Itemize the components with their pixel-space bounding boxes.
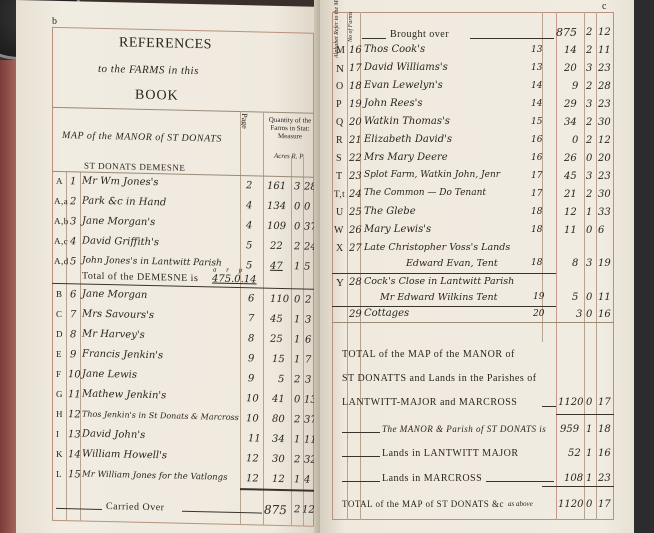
- total-line-2: ST DONATTS and Lands in the Parishes of: [342, 374, 537, 384]
- breakdown-label: Lands in MARCROSS: [382, 474, 482, 484]
- farm-no: 18: [349, 82, 362, 92]
- ref: A: [56, 177, 63, 186]
- farm-no: 6: [70, 290, 76, 300]
- roods: 2: [294, 242, 300, 252]
- farm-name: Evan Lewelyn's: [364, 81, 443, 91]
- farm-no: 8: [70, 330, 76, 340]
- roods: 3: [294, 182, 300, 192]
- ref: Y: [336, 278, 344, 289]
- page-no: 18: [531, 259, 542, 268]
- roods: 2: [586, 82, 592, 92]
- farm-no: 14: [68, 450, 81, 460]
- acres: 80: [272, 415, 285, 425]
- grand-total-roods: 0: [586, 500, 592, 510]
- farm-name: Thos Cook's: [364, 45, 425, 55]
- farm-name: Mrs Savours's: [82, 309, 154, 321]
- page-no: 11: [248, 434, 261, 444]
- acres: 52: [568, 449, 581, 459]
- farm-no: 19: [349, 100, 362, 110]
- farm-no: 21: [349, 136, 362, 146]
- acres: 161: [267, 182, 286, 192]
- acres: 959: [560, 425, 579, 435]
- grand-total-acres: 1120: [558, 500, 583, 510]
- roods: 1: [294, 435, 300, 445]
- ref: K: [56, 450, 63, 459]
- page-no: 20: [533, 310, 544, 319]
- page-no: 10: [246, 414, 259, 424]
- acres: 12: [272, 475, 285, 485]
- farm-name: David John's: [82, 429, 145, 440]
- ref: G: [56, 390, 63, 399]
- acres: 9: [572, 82, 578, 92]
- col-rule: [347, 12, 348, 520]
- brought-over-perches: 12: [598, 28, 611, 38]
- page-no: 19: [533, 293, 544, 302]
- farm-no: 11: [68, 390, 81, 400]
- page-no: 2: [246, 181, 252, 191]
- ref: O: [336, 82, 344, 92]
- page-no: 10: [246, 394, 259, 404]
- farm-name: William Howell's: [82, 449, 167, 461]
- farm-name: Mary Lewis's: [364, 225, 431, 235]
- perches: 5: [304, 263, 310, 273]
- ref: A,d: [54, 257, 69, 266]
- farm-no: 28: [349, 278, 362, 288]
- acres: 5: [278, 375, 284, 385]
- roods: 2: [294, 375, 300, 385]
- farm-name-line1: Late Christopher Voss's Lands: [364, 243, 510, 253]
- acres: 5: [572, 293, 578, 303]
- acres: 20: [564, 64, 577, 74]
- acres: 30: [272, 455, 285, 465]
- table-row: K 14 William Howell's 12 30 2 32: [16, 0, 320, 7]
- page-no: 16: [531, 136, 542, 145]
- dark-background: [632, 0, 654, 533]
- ref: M: [336, 46, 345, 56]
- roods: 2: [586, 190, 592, 200]
- page-no: 6: [248, 294, 254, 304]
- demesne-row: A 1 Mr Wm Jones's 2 161 3 28: [16, 0, 320, 7]
- table-row: L 15 Mr William Jones for the Vatlongs 1…: [16, 0, 320, 7]
- page-no: 4: [246, 201, 252, 211]
- table-row: D 8 Mr Harvey's 8 25 1 6: [16, 0, 320, 7]
- roods: 1: [294, 335, 300, 345]
- col-rule: [291, 156, 292, 526]
- breakdown-label: Lands in LANTWITT MAJOR: [382, 449, 519, 459]
- ref: N: [336, 64, 344, 75]
- divider: [332, 322, 614, 323]
- farm-no: 23: [349, 172, 362, 182]
- perches: 19: [598, 259, 611, 269]
- ref: U: [336, 208, 344, 218]
- carried-over-label: Carried Over: [106, 502, 164, 513]
- roods: 0: [294, 202, 300, 212]
- farm-name: Francis Jenkin's: [82, 349, 163, 361]
- col-rule: [556, 12, 557, 520]
- farm-no: 16: [349, 46, 362, 56]
- perches: 16: [598, 310, 611, 320]
- acres: 108: [564, 474, 583, 484]
- ref: H: [56, 410, 63, 419]
- ref: A,a: [54, 197, 68, 206]
- farm-no: 4: [70, 237, 76, 247]
- ref: T,t: [334, 190, 345, 199]
- acres: 25: [270, 335, 283, 345]
- grand-total-note: as above: [508, 501, 533, 508]
- farm-name: John Rees's: [364, 99, 422, 109]
- page-no: 17: [531, 172, 542, 181]
- perches: 3: [305, 376, 311, 386]
- perches: 20: [598, 154, 611, 164]
- total-line-1: TOTAL of the MAP of the MANOR of: [342, 350, 515, 360]
- acres: 134: [267, 202, 286, 212]
- acres: 47: [270, 262, 283, 272]
- ref: P: [336, 100, 342, 110]
- col-units-header: Acres R. P.: [274, 153, 304, 161]
- acres: 41: [272, 395, 285, 405]
- roods: 1: [586, 425, 592, 435]
- acres: 8: [572, 259, 578, 269]
- acres: 29: [564, 100, 577, 110]
- roods: 0: [586, 310, 592, 320]
- farm-no: 10: [68, 370, 81, 380]
- ref: C: [56, 310, 63, 319]
- perches: 23: [598, 100, 611, 110]
- perches: 28: [598, 82, 611, 92]
- roods: 2: [586, 118, 592, 128]
- roods: 1: [294, 262, 300, 272]
- ref: B: [56, 290, 63, 299]
- col-rule: [240, 111, 241, 525]
- col-quantity-header: Quantity of the Farms in Stat: Measure: [264, 116, 316, 141]
- farm-no: 20: [349, 118, 362, 128]
- grand-total-label: TOTAL of the MAP of ST DONATS &c: [342, 500, 504, 509]
- roods: 0: [294, 295, 300, 305]
- perches: 0: [304, 203, 310, 213]
- acres: 11: [564, 226, 577, 236]
- roods: 0: [294, 395, 300, 405]
- divider: [556, 414, 614, 415]
- perches: 11: [598, 46, 611, 56]
- roods: 0: [586, 226, 592, 236]
- divider: [542, 486, 614, 487]
- farm-name: Mathew Jenkin's: [82, 389, 166, 401]
- farm-name: Jane Morgan's: [82, 216, 155, 228]
- brought-over-roods: 2: [586, 28, 592, 38]
- ref: A,b: [54, 217, 69, 226]
- page-no: 5: [246, 261, 252, 271]
- total-line-3: LANTWITT-MAJOR and MARCROSS: [342, 398, 517, 408]
- page-letter: c: [602, 2, 606, 12]
- perches: 23: [598, 64, 611, 74]
- farm-no: 22: [349, 154, 362, 164]
- demesne-total-value: 475.0.14: [212, 274, 257, 285]
- acres: 34: [564, 118, 577, 128]
- roods: 1: [586, 208, 592, 218]
- farm-name: Mr Harvey's: [82, 329, 145, 340]
- perches: 2: [305, 296, 311, 306]
- table-row: E 9 Francis Jenkin's 9 15 1 7: [16, 0, 320, 7]
- acres: 45: [564, 172, 577, 182]
- page-no: 9: [248, 354, 254, 364]
- perches: 6: [305, 336, 311, 346]
- perches: 3: [305, 316, 311, 326]
- acres: 15: [272, 355, 285, 365]
- farm-no: 26: [349, 226, 362, 236]
- page-no: 13: [531, 46, 542, 55]
- farm-no: 1: [70, 177, 76, 187]
- page-no: 18: [531, 226, 542, 235]
- acres: 110: [270, 295, 289, 305]
- demesne-row: A,a 2 Park &c in Hand 4 134 0 0: [16, 0, 320, 7]
- page-no: 4: [246, 221, 252, 231]
- farm-no: 3: [70, 217, 76, 227]
- divider: [332, 273, 556, 274]
- roods: 0: [586, 293, 592, 303]
- acres: 12: [564, 208, 577, 218]
- table-row: I 13 David John's 11 34 1 11: [16, 0, 320, 7]
- farm-name: Park &c in Hand: [82, 196, 166, 208]
- farm-name: Watkin Thomas's: [364, 117, 450, 127]
- grand-total-perches: 17: [598, 500, 611, 510]
- acres: 45: [270, 315, 283, 325]
- perches: 11: [598, 293, 611, 303]
- page-no: 14: [531, 82, 542, 91]
- ref: W: [334, 226, 344, 236]
- farm-no: 5: [70, 257, 76, 267]
- carried-over-roods: 2: [294, 505, 300, 515]
- farm-no: 7: [70, 310, 76, 320]
- farm-no: 2: [70, 197, 76, 207]
- page-no: 8: [248, 334, 254, 344]
- demesne-row: A,b 3 Jane Morgan's 4 109 0 37: [16, 0, 320, 7]
- perches: 6: [598, 226, 604, 236]
- roods: 3: [586, 259, 592, 269]
- page-no: 13: [531, 64, 542, 73]
- farm-no: 9: [70, 350, 76, 360]
- farm-name: David Williams's: [364, 63, 448, 73]
- roods: 2: [294, 415, 300, 425]
- col-rule: [584, 12, 585, 520]
- page-no: 12: [246, 474, 259, 484]
- page-no: 16: [531, 154, 542, 163]
- col-page-header: Page: [240, 113, 248, 129]
- total-acres: 1120: [558, 398, 583, 408]
- perches: 16: [598, 449, 611, 459]
- total-roods: 0: [586, 398, 592, 408]
- ref: D: [56, 330, 63, 339]
- acres: 22: [270, 242, 283, 252]
- ref: S: [336, 154, 342, 164]
- leader-line: [342, 432, 380, 433]
- farm-no: 29: [349, 310, 362, 320]
- farm-name: Jane Morgan: [82, 289, 147, 300]
- ref: A,c: [54, 237, 68, 246]
- leader-line: [342, 481, 380, 482]
- page-no: 12: [246, 454, 259, 464]
- farm-name: Jane Lewis: [82, 369, 137, 380]
- left-page: b REFERENCES to the FARMS in this BOOK M…: [16, 0, 320, 533]
- perches: 4: [304, 476, 310, 486]
- carried-over-acres: 875: [264, 504, 287, 517]
- farm-name-line2: Mr Edward Wilkins Tent: [380, 293, 497, 303]
- roods: 1: [294, 355, 300, 365]
- roods: 3: [586, 172, 592, 182]
- acres: 14: [564, 46, 577, 56]
- perches: 30: [598, 118, 611, 128]
- perches: 18: [598, 425, 611, 435]
- farm-name: Elizabeth David's: [364, 135, 452, 145]
- brought-over-label: Brought over: [390, 30, 449, 40]
- ref: F: [56, 370, 62, 379]
- ref: E: [56, 350, 62, 359]
- table-row: F 10 Jane Lewis 9 5 2 3: [16, 0, 320, 7]
- roods: 3: [586, 64, 592, 74]
- farm-no: 12: [68, 410, 81, 420]
- roods: 3: [586, 100, 592, 110]
- acres: 3: [576, 310, 582, 320]
- ref: R: [336, 136, 343, 146]
- ref: L: [56, 470, 62, 479]
- page-no: 7: [248, 314, 254, 324]
- farm-no: 17: [349, 64, 362, 74]
- leader-line: [470, 38, 554, 39]
- table-row: B 6 Jane Morgan 6 110 0 2: [16, 0, 320, 7]
- page-no: 5: [246, 241, 252, 251]
- acres: 0: [572, 136, 578, 146]
- acres: 26: [564, 154, 577, 164]
- roods: 2: [586, 136, 592, 146]
- farm-name: The Glebe: [364, 207, 416, 217]
- leader-line: [486, 481, 554, 482]
- roods: 0: [586, 154, 592, 164]
- farm-name: Cottages: [364, 309, 409, 319]
- perches: 23: [598, 172, 611, 182]
- ref: X: [336, 244, 344, 254]
- ref: Q: [336, 118, 344, 128]
- page-no: 18: [531, 208, 542, 217]
- farm-no: 25: [349, 208, 362, 218]
- brought-over-acres: 875: [556, 27, 577, 38]
- col-no-header: No of Farms: [348, 12, 354, 42]
- demesne-row: A,d 5 John Jones's in Lantwitt Parish 5 …: [16, 0, 320, 7]
- roods: 2: [294, 455, 300, 465]
- farm-name: Splot Farm, Watkin John, Jenr: [364, 171, 500, 180]
- acres: 21: [564, 190, 577, 200]
- roods: 1: [294, 475, 300, 485]
- leader-line: [342, 456, 380, 457]
- roods: 2: [586, 46, 592, 56]
- page-no: 14: [531, 100, 542, 109]
- ref: T: [336, 172, 343, 182]
- right-page: c Alphabet Refer to the Map No of Farms …: [320, 0, 634, 533]
- subtitle: to the FARMS in this: [98, 64, 199, 77]
- farm-name: The Common — Do Tenant: [364, 189, 486, 198]
- perches: 12: [598, 136, 611, 146]
- farm-no: 24: [349, 190, 362, 200]
- page-title: REFERENCES: [119, 36, 212, 52]
- table-row: H 12 Thos Jenkin's in St Donats & Marcro…: [16, 0, 320, 7]
- acres: 34: [272, 435, 285, 445]
- perches: 33: [598, 208, 611, 218]
- roods: 1: [586, 474, 592, 484]
- perches: 7: [305, 356, 311, 366]
- total-perches: 17: [598, 398, 611, 408]
- breakdown-label: The MANOR & Parish of ST DONATS is: [382, 425, 546, 434]
- carried-over-perches: 12: [302, 505, 315, 515]
- farm-name-line2: Edward Evan, Tent: [406, 259, 498, 269]
- acres: 109: [267, 222, 286, 232]
- page-no: 9: [248, 374, 254, 384]
- farm-no: 27: [349, 244, 362, 254]
- table-row: G 11 Mathew Jenkin's 10 41 0 13: [16, 0, 320, 7]
- roods: 0: [294, 222, 300, 232]
- farm-no: 13: [68, 430, 81, 440]
- farm-name: Mr Wm Jones's: [82, 176, 159, 188]
- farm-no: 15: [68, 470, 81, 480]
- perches: 30: [598, 190, 611, 200]
- page-no: 17: [531, 190, 542, 199]
- perches: 23: [598, 474, 611, 484]
- col-rule: [263, 112, 264, 526]
- leader-line: [362, 38, 386, 39]
- divider: [332, 306, 556, 307]
- ref: I: [56, 430, 60, 439]
- roods: 1: [294, 315, 300, 325]
- farm-name: David Griffith's: [82, 236, 159, 248]
- farm-name-line1: Cock's Close in Lantwitt Parish: [364, 277, 514, 287]
- page-letter: b: [52, 17, 57, 27]
- demesne-row: A,c 4 David Griffith's 5 22 2 24: [16, 0, 320, 7]
- page-no: 15: [531, 118, 542, 127]
- subtitle-book: BOOK: [135, 89, 179, 104]
- leader-line: [542, 406, 556, 407]
- table-row: C 7 Mrs Savours's 7 45 1 3: [16, 0, 320, 7]
- farm-name: Mrs Mary Deere: [364, 153, 448, 163]
- col-rule: [596, 12, 597, 520]
- roods: 1: [586, 449, 592, 459]
